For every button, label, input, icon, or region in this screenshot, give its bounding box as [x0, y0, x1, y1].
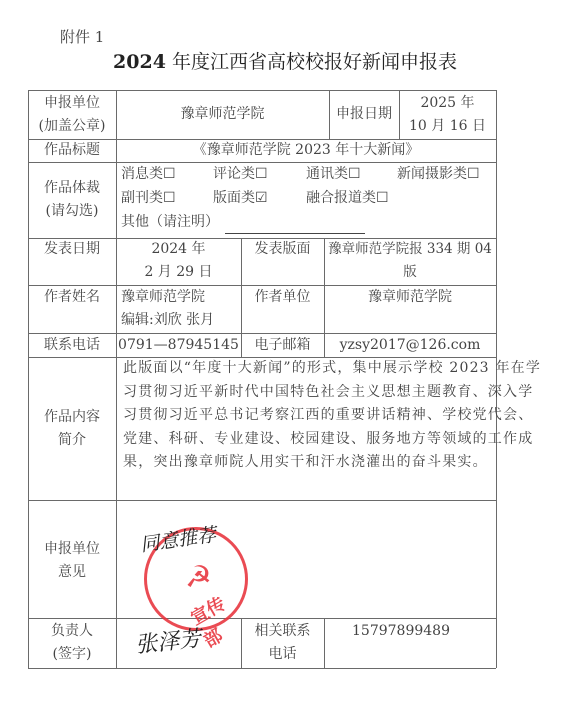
divider: [28, 500, 496, 501]
applicant-label: 申报单位 (加盖公章): [28, 92, 116, 138]
checkbox-empty-icon[interactable]: ☐: [376, 190, 389, 206]
label-line: 意见: [28, 561, 116, 584]
label-line: 作品内容: [28, 406, 116, 429]
leader-label: 负责人 (签字): [28, 620, 116, 666]
label-line: 电话: [241, 643, 324, 666]
genre-option-media[interactable]: 融合报道类☐: [306, 187, 389, 210]
date-line: 2024 年: [116, 238, 241, 261]
checkbox-checked-icon[interactable]: ☑: [255, 190, 268, 206]
attachment-label: 附件 1: [60, 26, 104, 47]
publish-date-label: 发表日期: [28, 238, 116, 261]
author-unit-label: 作者单位: [241, 286, 324, 309]
label-line: (加盖公章): [28, 115, 116, 138]
label-line: 简介: [28, 429, 116, 452]
label-line: 申报单位: [28, 538, 116, 561]
checkbox-empty-icon[interactable]: ☐: [467, 166, 480, 182]
genre-option-news[interactable]: 消息类☐: [121, 163, 176, 186]
genre-option-feature[interactable]: 通讯类☐: [306, 163, 361, 186]
label-line: 相关联系: [241, 620, 324, 643]
summary-label: 作品内容 简介: [28, 406, 116, 452]
divider: [28, 618, 496, 619]
genre-option-commentary[interactable]: 评论类☐: [213, 163, 268, 186]
label-line: 负责人: [28, 620, 116, 643]
date-line: 2 月 29 日: [116, 261, 241, 284]
publish-page-label: 发表版面: [241, 238, 324, 261]
label-line: 申报单位: [28, 92, 116, 115]
divider: [28, 668, 496, 669]
option-label: 评论类: [213, 166, 255, 182]
author-line: 编辑:刘欣 张月: [121, 309, 241, 332]
opinion-label: 申报单位 意见: [28, 538, 116, 584]
summary-value: 此版面以“年度十大新闻”的形式，集中展示学校 2023 年在学习贯彻习近平新时代…: [123, 357, 543, 475]
option-label: 融合报道类: [306, 190, 376, 206]
option-label: 版面类: [213, 190, 255, 206]
contact-value: 15797899489: [352, 620, 450, 643]
hammer-sickle-icon: ☭: [185, 560, 212, 595]
checkbox-empty-icon[interactable]: ☐: [348, 166, 361, 182]
date-line: 2025 年: [399, 92, 496, 115]
genre-option-photo[interactable]: 新闻摄影类☐: [397, 163, 480, 186]
other-label: 其他（请注明）: [121, 214, 219, 230]
work-title-value: 《豫章师范学院 2023 年十大新闻》: [116, 139, 496, 162]
divider: [324, 618, 325, 668]
label-line: (请勾选): [28, 200, 116, 223]
other-input-line[interactable]: [225, 219, 365, 234]
option-label: 新闻摄影类: [397, 166, 467, 182]
genre-option-supplement[interactable]: 副刊类☐: [121, 187, 176, 210]
contact-label: 相关联系 电话: [241, 620, 324, 666]
applicant-value: 豫章师范学院: [116, 103, 329, 126]
author-value: 豫章师范学院 编辑:刘欣 张月: [121, 286, 241, 332]
title-year: 2024: [113, 51, 166, 73]
leader-signature: 张泽芳: [134, 622, 203, 660]
genre-option-layout[interactable]: 版面类☑: [213, 187, 268, 210]
work-title-label: 作品标题: [28, 139, 116, 162]
publish-date-value: 2024 年 2 月 29 日: [116, 238, 241, 284]
genre-label: 作品体裁 (请勾选): [28, 177, 116, 223]
checkbox-empty-icon[interactable]: ☐: [163, 166, 176, 182]
divider: [116, 90, 117, 668]
publish-page-value: 豫章师范学院报 334 期 04 版: [324, 238, 496, 284]
apply-date-value: 2025 年 10 月 16 日: [399, 92, 496, 138]
checkbox-empty-icon[interactable]: ☐: [163, 190, 176, 206]
page-title: 2024 年度江西省高校校报好新闻申报表: [0, 47, 570, 74]
email-label: 电子邮箱: [241, 334, 324, 357]
phone-value: 0791—87945145: [116, 334, 241, 357]
author-line: 豫章师范学院: [121, 286, 241, 309]
date-line: 10 月 16 日: [399, 115, 496, 138]
divider: [28, 90, 496, 91]
email-value: yzsy2017@126.com: [324, 334, 496, 357]
author-unit-value: 豫章师范学院: [324, 286, 496, 309]
genre-other: 其他（请注明）: [121, 211, 365, 234]
option-label: 通讯类: [306, 166, 348, 182]
author-label: 作者姓名: [28, 286, 116, 309]
checkbox-empty-icon[interactable]: ☐: [255, 166, 268, 182]
option-label: 消息类: [121, 166, 163, 182]
label-line: 作品体裁: [28, 177, 116, 200]
title-text: 年度江西省高校校报好新闻申报表: [166, 51, 457, 73]
phone-label: 联系电话: [28, 334, 116, 357]
label-line: (签字): [28, 643, 116, 666]
option-label: 副刊类: [121, 190, 163, 206]
apply-date-label: 申报日期: [329, 103, 399, 126]
